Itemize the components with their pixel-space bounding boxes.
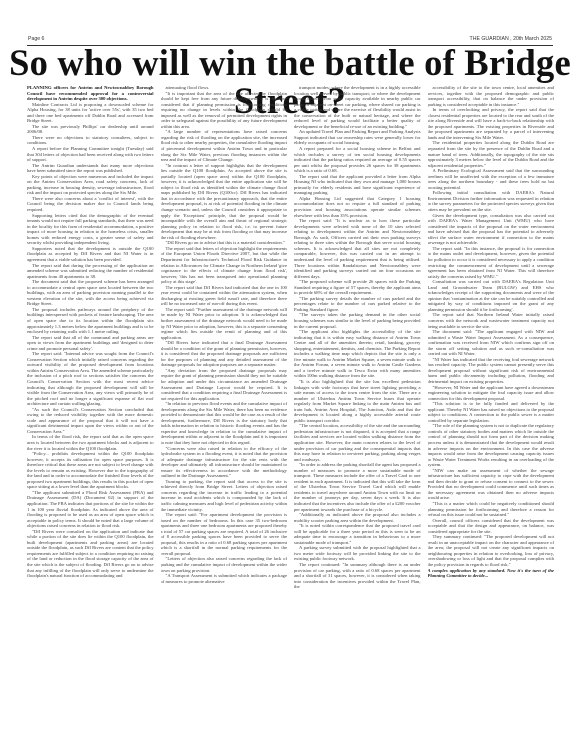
article-paragraph: The report said that DfI Rivers had indi… <box>161 285 288 307</box>
article-paragraph: There were also concerns about a 'confli… <box>27 196 154 213</box>
article-paragraph: "Concerns were also raised in relation t… <box>161 446 288 479</box>
article-paragraph: The document said: "The applicant engage… <box>428 329 555 357</box>
article-paragraph: "The parking survey details the number o… <box>294 296 421 313</box>
article-column-2: attenuating flood flows."It is important… <box>161 85 288 710</box>
article-paragraph: The report said that during the processi… <box>27 263 154 280</box>
article-paragraph: "This solution is to be fully funded and… <box>428 401 555 423</box>
article-paragraph: "It is noted within correspondence that … <box>294 523 421 545</box>
article-paragraph: "DfI Rivers were consulted on the applic… <box>27 529 154 579</box>
article-paragraph: Mainline Contracts Ltd is proposing a do… <box>27 102 154 124</box>
article-paragraph: The report said: "For apartment developm… <box>161 512 288 556</box>
article-paragraph: "NIW can make an assessment of whether t… <box>428 468 555 501</box>
article-paragraph: "It is important that the area of the si… <box>161 91 288 130</box>
article-paragraph: In terms of overlooking and privacy, the… <box>428 107 555 140</box>
article-paragraph: The residential properties located along… <box>428 140 555 168</box>
article-paragraph: "This is a matter which could be negativ… <box>428 501 555 518</box>
article-paragraph: The report said: "Internal advice was so… <box>27 351 154 406</box>
article-paragraph: An updated Travel Plan and Parking Repor… <box>294 129 421 146</box>
article-paragraph: accessibility of the site to the town ce… <box>428 85 555 107</box>
article-paragraph: There were no objections to statutory co… <box>27 135 154 146</box>
article-paragraph: "Policy... prohibits development within … <box>27 451 154 490</box>
article-paragraph: The proposal includes pathways around th… <box>27 307 154 335</box>
article-paragraph: "In contrast a letter of support highlig… <box>161 163 288 241</box>
article-paragraph: "However, NI Water and the applicant hav… <box>428 385 555 402</box>
article-paragraph: The report said that letters of objectio… <box>161 246 288 285</box>
article-column-3: transport modes; where the development i… <box>294 85 421 710</box>
article-paragraph: Supporters noted that the development is… <box>27 246 154 263</box>
article-paragraph: Given the development type, consultation… <box>428 213 555 246</box>
article-paragraph: "The applicant submitted a Flood Risk As… <box>27 490 154 529</box>
article-paragraph: "The applicant also highlights the acces… <box>294 329 421 379</box>
article-paragraph: Following initial consultation with DAER… <box>428 190 555 212</box>
article-paragraph: The report said: "It is unclear as to ho… <box>294 218 421 279</box>
article-body: PLANNING officers for Antrim and Newtown… <box>27 85 554 710</box>
article-paragraph: Supporting letters cited that the demogr… <box>27 213 154 246</box>
article-paragraph: The report said: "Further assessment of … <box>161 307 288 340</box>
article-paragraph: Key points of objection were numerous an… <box>27 174 154 196</box>
article-column-1: PLANNING officers for Antrim and Newtown… <box>27 85 154 710</box>
article-paragraph: "The central location, accessibility of … <box>294 423 421 462</box>
article-paragraph: "NI Water has indicated that the receivi… <box>428 357 555 385</box>
article-paragraph: "The proposed scheme will provide 26 spa… <box>294 279 421 296</box>
article-paragraph: The report said that all of the communal… <box>27 335 154 352</box>
article-paragraph: "DfI Rivers have indicated that a final … <box>161 340 288 368</box>
article-paragraph: The report continued: "In summary althou… <box>294 562 421 590</box>
article-paragraph: The site was previously Phillips' car de… <box>27 124 154 135</box>
article-paragraph: A report prepared for a social housing s… <box>294 146 421 174</box>
article-paragraph: "Additionally as indicated above the pro… <box>294 512 421 523</box>
article-paragraph: The report said that Northern Ireland Wa… <box>428 312 555 329</box>
article-paragraph: "It is also highlighted that the site ha… <box>294 379 421 423</box>
article-paragraph: Turning to parking, the report said that… <box>161 479 288 512</box>
article-paragraph: The report said: "In this instance, the … <box>428 246 555 279</box>
article-paragraph: "In relation to previous flood events an… <box>161 401 288 445</box>
article-paragraph: A report before the Planning Committee t… <box>27 146 154 163</box>
article-paragraph: "The surveys taken the parking demand in… <box>294 312 421 329</box>
article-paragraph: "The role of the planning system is not … <box>428 423 555 467</box>
article-lead-paragraph: PLANNING officers for Antrim and Newtown… <box>27 85 154 102</box>
article-paragraph: Alpha Housing Ltd suggested that Categor… <box>294 196 421 218</box>
article-paragraph: "In order to address the parking shortfa… <box>294 462 421 512</box>
article-column-4: accessibility of the site to the town ce… <box>428 85 555 710</box>
article-paragraph: transport modes; where the development i… <box>294 85 421 129</box>
article-closing-line: A complex application by any standard. N… <box>428 568 555 579</box>
article-paragraph: A Preliminary Ecological Assessment said… <box>428 168 555 190</box>
article-paragraph: A parking survey submitted with the prop… <box>294 545 421 562</box>
article-paragraph: The Antrim Guardian understands that man… <box>27 163 154 174</box>
article-paragraph: The report said that the applicant provi… <box>294 174 421 196</box>
article-paragraph: Consultation was carried out with DAERA'… <box>428 279 555 312</box>
article-paragraph: They summary continued: "The proposed de… <box>428 534 555 567</box>
article-paragraph: The document said that the proposed sche… <box>27 279 154 307</box>
article-paragraph: "Letters of objection also raised concer… <box>161 556 288 573</box>
article-paragraph: In terms of the flood risk, the report s… <box>27 434 154 451</box>
article-paragraph: "A Transport Assessment is submitted whi… <box>161 573 288 584</box>
article-paragraph: "As such the Council's Conservation Sect… <box>27 407 154 435</box>
article-paragraph: "A large number of representations have … <box>161 129 288 162</box>
article-paragraph: Overall, council officers considered tha… <box>428 518 555 535</box>
article-paragraph: "Any deviation from the proposed drainag… <box>161 368 288 401</box>
